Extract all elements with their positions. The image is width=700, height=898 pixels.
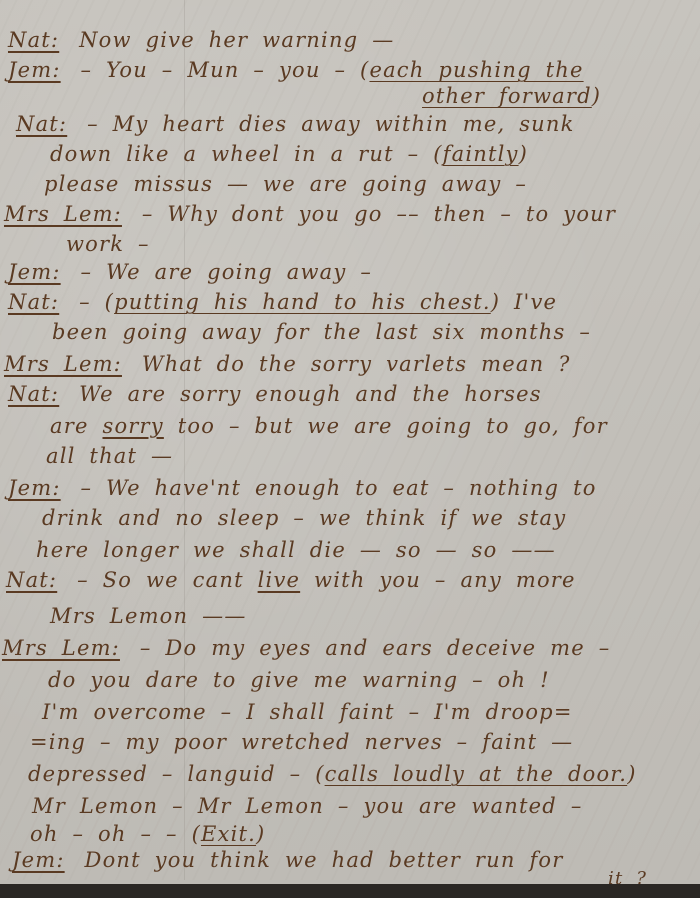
dialogue-text: do you dare to give me warning – oh ! xyxy=(48,668,550,692)
dialogue-text: with you – any more xyxy=(314,568,576,592)
dialogue-text: drink and no sleep – we think if we stay xyxy=(42,506,566,530)
dialogue-text: too – but we are going to go, for xyxy=(178,414,608,438)
stage-direction: calls loudly at the door. xyxy=(325,762,628,786)
dialogue-text: What do the sorry varlets mean ? xyxy=(142,352,571,376)
dialogue-line: here longer we shall die — so — so —— xyxy=(36,538,556,562)
dialogue-line: Nat: – So we cant live with you – any mo… xyxy=(6,568,576,592)
stage-direction: putting his hand to his chest. xyxy=(114,290,491,314)
dialogue-line: down like a wheel in a rut – (faintly) xyxy=(50,142,528,166)
dialogue-text: are xyxy=(50,414,89,438)
dialogue-text: We are sorry enough and the horses xyxy=(79,382,542,406)
speaker-name: Jem: xyxy=(8,476,61,500)
dialogue-line: work – xyxy=(66,232,150,256)
dialogue-line: please missus — we are going away – xyxy=(44,172,527,196)
dialogue-text: here longer we shall die — so — so —— xyxy=(36,538,556,562)
dialogue-line: Jem: – We are going away – xyxy=(8,260,372,284)
dialogue-line: Mrs Lem: What do the sorry varlets mean … xyxy=(4,352,571,376)
stage-direction: other forward xyxy=(422,84,592,108)
dialogue-text: – So we cant xyxy=(77,568,244,592)
emphasized-word: sorry xyxy=(102,414,163,438)
dialogue-line: are sorry too – but we are going to go, … xyxy=(50,414,608,438)
stage-direction: each pushing the xyxy=(369,58,583,82)
dialogue-text: please missus — we are going away – xyxy=(44,172,527,196)
dialogue-line: Jem: Dont you think we had better run fo… xyxy=(12,848,564,872)
dialogue-line: Nat: We are sorry enough and the horses xyxy=(8,382,542,406)
speaker-name: Jem: xyxy=(8,260,61,284)
dialogue-line: I'm overcome – I shall faint – I'm droop… xyxy=(42,700,573,724)
dialogue-line: oh – oh – – (Exit.) xyxy=(30,822,265,846)
speaker-name: Nat: xyxy=(8,290,59,314)
dialogue-text: ) I've xyxy=(491,290,557,314)
dialogue-line: Jem: – You – Mun – you – (each pushing t… xyxy=(8,58,584,82)
dialogue-text: =ing – my poor wretched nerves – faint — xyxy=(30,730,573,754)
dialogue-text: Mr Lemon – Mr Lemon – you are wanted – xyxy=(32,794,583,818)
dialogue-text: – You – Mun – you – ( xyxy=(81,58,370,82)
dialogue-text: Dont you think we had better run for xyxy=(85,848,564,872)
dialogue-text: – We are going away – xyxy=(81,260,373,284)
dialogue-text: – We have'nt enough to eat – nothing to xyxy=(81,476,597,500)
dialogue-text: I'm overcome – I shall faint – I'm droop… xyxy=(42,700,573,724)
dialogue-text: work – xyxy=(66,232,150,256)
dialogue-line: Nat: Now give her warning — xyxy=(8,28,394,52)
dialogue-text: ) xyxy=(256,822,265,846)
manuscript-page: Nat: Now give her warning — Jem: – You –… xyxy=(0,0,700,880)
dialogue-line: Mr Lemon – Mr Lemon – you are wanted – xyxy=(32,794,583,818)
page-bottom-edge xyxy=(0,884,700,898)
speaker-name: Nat: xyxy=(16,112,67,136)
speaker-name: Mrs Lem: xyxy=(2,636,120,660)
dialogue-text: ) xyxy=(519,142,528,166)
speaker-name: Nat: xyxy=(8,28,59,52)
speaker-name: Jem: xyxy=(8,58,61,82)
speaker-name: Jem: xyxy=(12,848,65,872)
dialogue-text: ) xyxy=(627,762,636,786)
dialogue-line: depressed – languid – (calls loudly at t… xyxy=(28,762,637,786)
dialogue-text: – Why dont you go –– then – to your xyxy=(142,202,616,226)
dialogue-line: all that — xyxy=(46,444,173,468)
dialogue-line: Nat: – (putting his hand to his chest.) … xyxy=(8,290,557,314)
dialogue-line: Jem: – We have'nt enough to eat – nothin… xyxy=(8,476,597,500)
dialogue-text: – My heart dies away within me, sunk xyxy=(87,112,574,136)
speaker-name: Nat: xyxy=(8,382,59,406)
speaker-name: Mrs Lem: xyxy=(4,352,122,376)
dialogue-text: Mrs Lemon —— xyxy=(50,604,247,628)
dialogue-line: Mrs Lem: – Why dont you go –– then – to … xyxy=(4,202,616,226)
dialogue-text: oh – oh – – ( xyxy=(30,822,201,846)
dialogue-text: all that — xyxy=(46,444,173,468)
dialogue-line: been going away for the last six months … xyxy=(52,320,591,344)
speaker-name: Nat: xyxy=(6,568,57,592)
dialogue-line: Mrs Lem: – Do my eyes and ears deceive m… xyxy=(2,636,610,660)
speaker-name: Mrs Lem: xyxy=(4,202,122,226)
dialogue-line: =ing – my poor wretched nerves – faint — xyxy=(30,730,573,754)
dialogue-text: down like a wheel in a rut – ( xyxy=(50,142,443,166)
dialogue-text: – Do my eyes and ears deceive me – xyxy=(140,636,611,660)
dialogue-text: Now give her warning — xyxy=(79,28,394,52)
dialogue-text: been going away for the last six months … xyxy=(52,320,591,344)
stage-direction: faintly xyxy=(443,142,519,166)
dialogue-line: other forward) xyxy=(422,84,601,108)
dialogue-line: do you dare to give me warning – oh ! xyxy=(48,668,550,692)
dialogue-line: Nat: – My heart dies away within me, sun… xyxy=(16,112,575,136)
dialogue-line: drink and no sleep – we think if we stay xyxy=(42,506,566,530)
dialogue-text: depressed – languid – ( xyxy=(28,762,325,786)
emphasized-word: live xyxy=(258,568,301,592)
stage-direction: Exit. xyxy=(201,822,256,846)
dialogue-text: ) xyxy=(592,84,601,108)
dialogue-line: Mrs Lemon —— xyxy=(50,604,247,628)
dialogue-text: – ( xyxy=(79,290,114,314)
